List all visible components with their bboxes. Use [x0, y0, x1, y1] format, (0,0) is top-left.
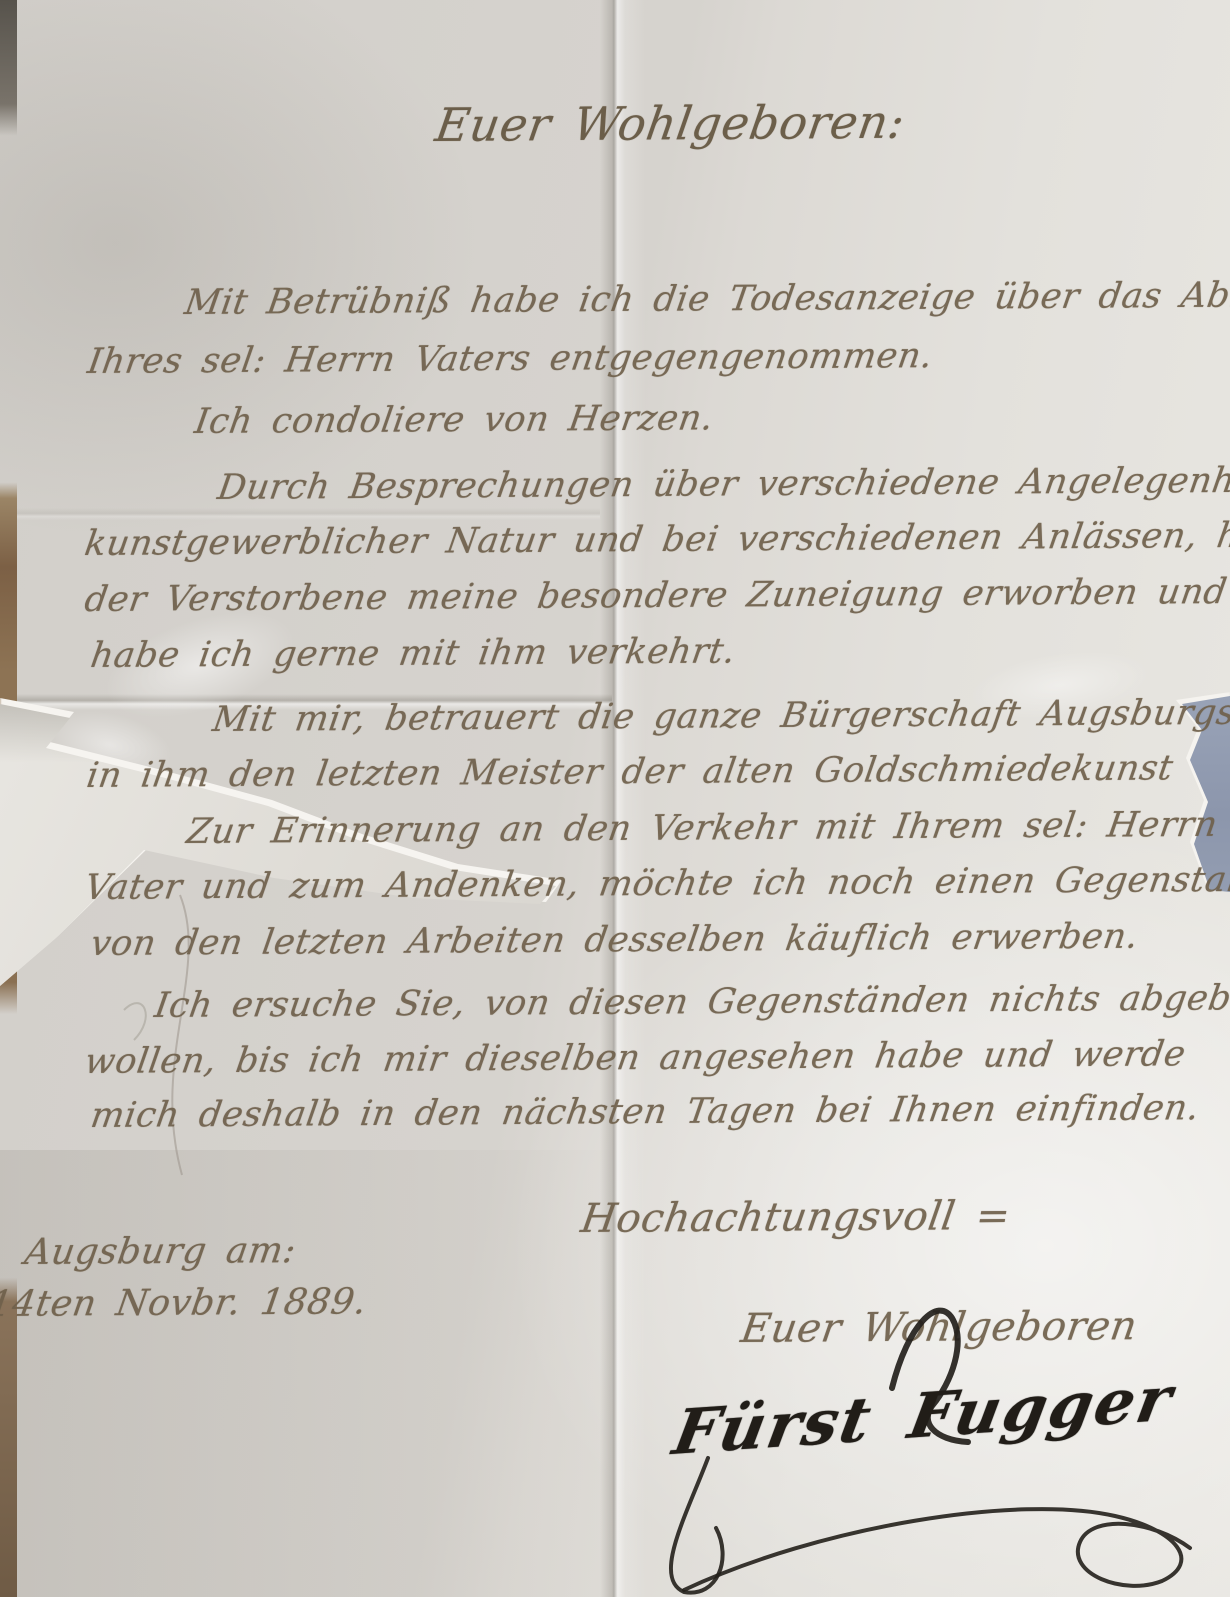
letter-photo: Euer Wohlgeboren: Mit Betrübniß habe ich… [0, 0, 1230, 1597]
letter-line: Vater und zum Andenken, möchte ich noch … [82, 860, 1230, 908]
salutation: Euer Wohlgeboren: [432, 95, 909, 152]
letter-line: wollen, bis ich mir dieselben angesehen … [82, 1034, 1188, 1082]
faint-crease [0, 508, 600, 520]
letter-line: von den letzten Arbeiten desselben käufl… [88, 917, 1141, 964]
letter-line: Mit Betrübniß habe ich die Todesanzeige … [182, 275, 1230, 323]
torn-hole-under-page [0, 690, 580, 1020]
dateline-date: 14ten Novbr. 1889. [0, 1281, 370, 1325]
letter-line: Ihres sel: Herrn Vaters entgegengenommen… [85, 336, 936, 382]
closing: Hochachtungsvoll = [578, 1193, 1014, 1242]
letter-line: der Verstorbene meine besondere Zuneigun… [82, 572, 1230, 620]
letter-line: mich deshalb in den nächsten Tagen bei I… [88, 1088, 1202, 1136]
letter-line: Mit mir, betrauert die ganze Bürgerschaf… [210, 693, 1230, 740]
dateline-place: Augsburg am: [22, 1230, 299, 1273]
letter-line: Ich condoliere von Herzen. [192, 398, 716, 442]
letter-line: Durch Besprechungen über verschiedene An… [215, 460, 1230, 508]
binding-edge [0, 0, 17, 1597]
letter-line: habe ich gerne mit ihm verkehrt. [88, 632, 738, 676]
letter-line: Ich ersuche Sie, von diesen Gegenständen… [152, 978, 1230, 1026]
paper-shading-bottom-left [0, 1150, 650, 1597]
letter-line: Zur Erinnerung an den Verkehr mit Ihrem … [184, 805, 1220, 852]
letter-line: in ihm den letzten Meister der alten Gol… [84, 748, 1176, 796]
letter-line: kunstgewerblicher Natur und bei verschie… [82, 516, 1230, 564]
